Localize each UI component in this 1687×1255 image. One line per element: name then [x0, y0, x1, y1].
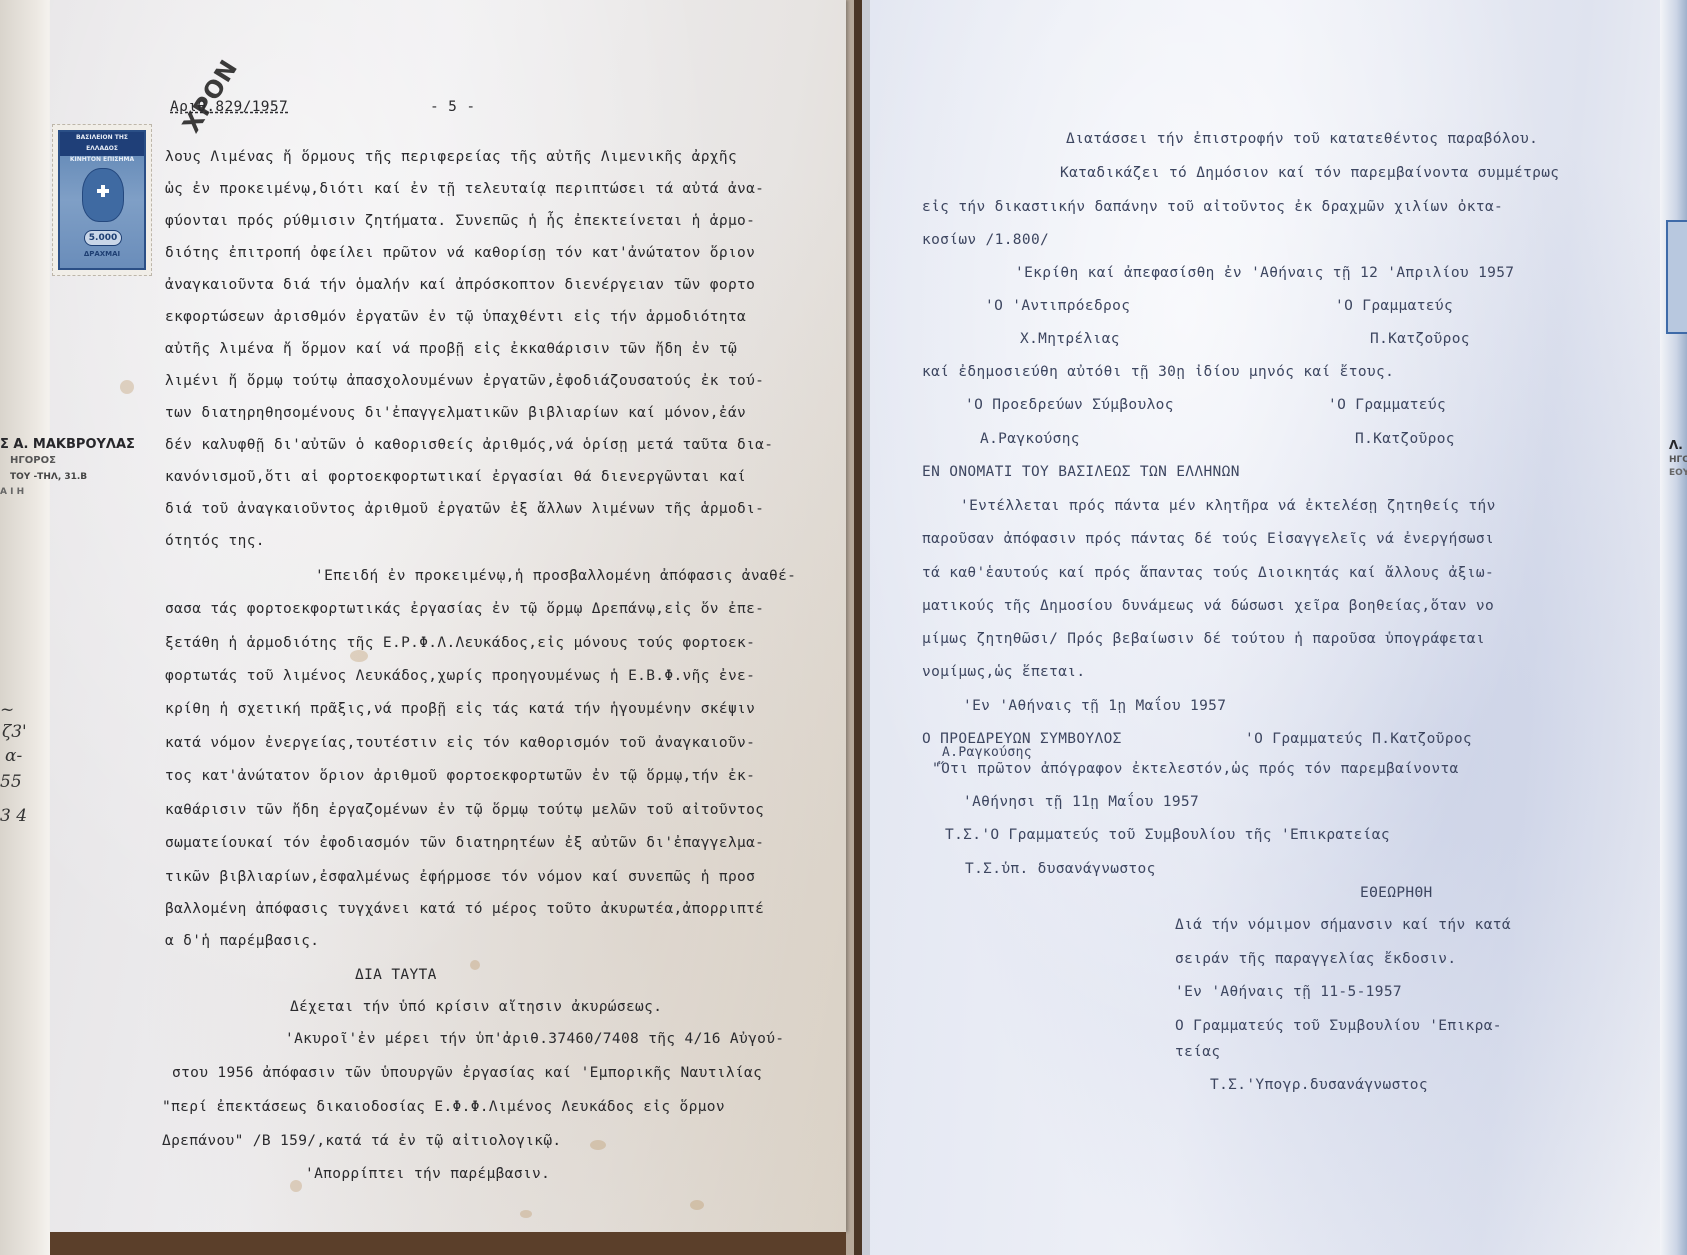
text-line: καί ἐδημοσιεύθη αὐτόθι τῇ 30ῃ ἰδίου μηνό… [922, 363, 1394, 381]
signature-name: Χ.Μητρέλιας [1020, 330, 1120, 348]
date-line: 'Αθήνησι τῇ 11ῃ Μαΐου 1957 [963, 793, 1199, 811]
signature-title: 'Ο Γραμματεύς Π.Κατζοῦρος [1245, 730, 1472, 748]
underlying-page-edge [1660, 0, 1687, 1255]
text-line: "περί ἐπεκτάσεως δικαιοδοσίας Ε.Φ.Φ.Λιμέ… [162, 1098, 725, 1116]
margin-stamp-line: Α Ι Η [0, 487, 24, 497]
text-line: Τ.Σ.ὑπ. δυσανάγνωστος [965, 860, 1156, 878]
revenue-stamp-currency: ΔΡΑΧΜΑΙ [60, 250, 144, 258]
text-line: 'Εκρίθη καί ἀπεφασίσθη ἐν 'Αθήναις τῇ 12… [1015, 264, 1514, 282]
text-line: κοσίων /1.800/ [922, 231, 1049, 249]
text-line: ὡς ἐν προκειμένῳ,διότι καί ἐν τῇ τελευτα… [165, 180, 764, 198]
signature-name: Π.Κατζοῦρος [1370, 330, 1470, 348]
left-document-scan: ΒΑΣΙΛΕΙΟΝ ΤΗΣ ΕΛΛΑΔΟΣ ΚΙΝΗΤΟΝ ΕΠΙΣΗΜΑ 5.… [0, 0, 854, 1255]
text-line: α δ'ἡ παρέμβασις. [165, 932, 319, 950]
cross-icon [97, 185, 109, 197]
handwritten-note: ζ3' [2, 722, 27, 742]
signature-title: 'Ο Προεδρεύων Σύμβουλος [965, 396, 1174, 414]
text-line: καθάρισιν τῶν ἤδη ἐργαζομένων ἐν τῷ ὅρμῳ… [165, 801, 764, 819]
text-line: ματικούς τῆς Δημοσίου δυνάμεως νά δώσωσι… [922, 597, 1494, 615]
edge-stamp-line: ΗΓΟ [1669, 455, 1687, 465]
text-line: σασα τάς φορτοεκφορτωτικάς ἐργασίας ἐν τ… [165, 600, 764, 618]
edge-stamp-line: Λ. Ι [1669, 438, 1687, 452]
reference-number: Αριθ.829/1957 [170, 98, 288, 116]
signature-name: Α.Ραγκούσης [980, 430, 1080, 448]
text-line: κατά νόμον ἐνεργείας,τουτέστιν εἰς τόν κ… [165, 734, 755, 752]
text-line: σειράν τῆς παραγγελίας ἔκδοσιν. [1175, 950, 1456, 968]
text-line: 'Εντέλλεται πρός πάντα μέν κλητῆρα νά ἐκ… [960, 497, 1496, 515]
edge-stamp-line: ΕΟΥ [1669, 468, 1687, 478]
text-line: φορτωτάς τοῦ λιμένος Λευκάδος,χωρίς προη… [165, 667, 755, 685]
margin-stamp-line: ΗΓΟΡΟΣ [10, 455, 56, 466]
text-line: τείας [1175, 1043, 1220, 1061]
handwritten-note: 55 [0, 772, 22, 792]
text-line: Καταδικάζει τό Δημόσιον καί τόν παρεμβαί… [1060, 164, 1559, 182]
page-number: - 5 - [430, 98, 475, 116]
right-document-scan: Διατάσσει τήν ἐπιστροφήν τοῦ κατατεθέντο… [862, 0, 1687, 1255]
margin-stamp-line: Σ Α. ΜΑΚΒΡΟΥΛΑΣ [0, 437, 135, 452]
date-line: 'Εν 'Αθήναις τῇ 1ῃ Μαΐου 1957 [963, 697, 1226, 715]
text-line: 'Απορρίπτει τήν παρέμβασιν. [305, 1165, 550, 1183]
text-line: Τ.Σ.'Ο Γραμματεύς τοῦ Συμβουλίου τῆς 'Επ… [945, 826, 1390, 844]
text-line: κρίθη ἡ σχετική πρᾶξις,νά προβῇ εἰς τάς … [165, 700, 755, 718]
text-line: 'Επειδή ἐν προκειμένῳ,ἡ προσβαλλομένη ἀπ… [315, 567, 796, 585]
text-line: στου 1956 ἀπόφασιν τῶν ὑπουργῶν ἐργασίας… [172, 1064, 762, 1082]
signature-title: 'Ο 'Αντιπρόεδρος [985, 297, 1130, 315]
text-line: τος κατ'ἀνώτατον ὅριον ἀριθμοῦ φορτοεκφο… [165, 767, 755, 785]
partial-revenue-stamp [1666, 220, 1687, 334]
text-line: λους Λιμένας ἤ ὅρμους τῆς περιφερείας τῆ… [165, 148, 737, 166]
text-line: διά τοῦ ἀναγκαιοῦντος ἀριθμοῦ ἐργατῶν ἐξ… [165, 500, 764, 518]
text-line: φύονται πρός ρύθμισιν ζητήματα. Συνεπῶς … [165, 212, 755, 230]
certification-heading: ΕΘΕΩΡΗΘΗ [1360, 884, 1433, 902]
text-line: Δρεπάνου" /Β 159/,κατά τά ἐν τῷ αἰτιολογ… [162, 1132, 562, 1150]
text-line: κανόνισμοῦ,ὅτι αἱ φορτοεκφορτωτικαί ἐργα… [165, 468, 746, 486]
text-line: εἰς τήν δικαστικήν δαπάνην τοῦ αἰτοῦντος… [922, 198, 1503, 216]
text-line: ξετάθη ἡ ἁρμοδιότης τῆς Ε.Ρ.Φ.Λ.Λευκάδος… [165, 634, 755, 652]
revenue-stamp-header-1: ΒΑΣΙΛΕΙΟΝ ΤΗΣ ΕΛΛΑΔΟΣ [60, 132, 144, 154]
stain [520, 1210, 532, 1218]
text-line: Διά τήν νόμιμον σήμανσιν καί τήν κατά [1175, 916, 1511, 934]
handwritten-note: ~ [0, 700, 14, 720]
text-line: Διατάσσει τήν ἐπιστροφήν τοῦ κατατεθέντο… [1066, 130, 1538, 148]
diagonal-ink-stamp: ΧΡΟΝ [177, 54, 243, 137]
stain [590, 1140, 606, 1150]
text-line: παροῦσαν ἀπόφασιν πρός πάντας δέ τούς Εἰ… [922, 530, 1494, 548]
text-line: ότητός της. [165, 532, 265, 550]
text-line: νομίμως,ὡς ἕπεται. [922, 663, 1085, 681]
text-line: Δέχεται τήν ὑπό κρίσιν αἴτησιν ἀκυρώσεως… [290, 998, 662, 1016]
text-line: διότης ἐπιτροπή ὀφείλει πρῶτον νά καθορί… [165, 244, 755, 262]
text-line: "Ὅτι πρῶτον ἀπόγραφον ἐκτελεστόν,ὡς πρός… [932, 760, 1459, 778]
text-line: των διατηρηθησομένους δι'ἐπαγγελματικῶν … [165, 404, 746, 422]
desk-surface [50, 1232, 846, 1255]
handwritten-note: α- [5, 746, 22, 766]
text-line: Ο Γραμματεύς τοῦ Συμβουλίου 'Επικρα- [1175, 1017, 1502, 1035]
date-line: 'Εν 'Αθήναις τῇ 11-5-1957 [1175, 983, 1402, 1001]
margin-stamp-line: ΤΟΥ -ΤΗΛ, 31.Β [10, 472, 87, 482]
coat-of-arms-icon [82, 168, 124, 222]
text-line: εκφορτώσεων ἀρισθμόν ἐργατῶν ἐν τῷ ὑπαχθ… [165, 308, 746, 326]
signature-name: Π.Κατζοῦρος [1355, 430, 1455, 448]
text-line: βαλλομένη ἀπόφασις τυγχάνει κατά τό μέρο… [165, 900, 764, 918]
stain [690, 1200, 704, 1210]
text-line: ἀναγκαιοῦντα διά τήν ὁμαλήν καί ἀπρόσκοπ… [165, 276, 755, 294]
section-heading: ΕΝ ΟΝΟΜΑΤΙ ΤΟΥ ΒΑΣΙΛΕΩΣ ΤΩΝ ΕΛΛΗΝΩΝ [922, 463, 1240, 481]
stain [290, 1180, 302, 1192]
revenue-stamp: ΒΑΣΙΛΕΙΟΝ ΤΗΣ ΕΛΛΑΔΟΣ ΚΙΝΗΤΟΝ ΕΠΙΣΗΜΑ 5.… [52, 124, 152, 276]
signature-title: 'Ο Γραμματεύς [1335, 297, 1453, 315]
text-line: δέν καλυφθῇ δι'αὐτῶν ὁ καθορισθείς ἀριθμ… [165, 436, 773, 454]
handwritten-note: 3 4 [0, 806, 27, 826]
stain [470, 960, 480, 970]
revenue-stamp-header-2: ΚΙΝΗΤΟΝ ΕΠΙΣΗΜΑ [60, 154, 144, 165]
text-line: 'Ακυροῖ'ἐν μέρει τήν ὑπ'ἀριθ.37460/7408 … [285, 1030, 784, 1048]
text-line: μίμως ζητηθῶσι/ Πρός βεβαίωσιν δέ τούτου… [922, 630, 1485, 648]
signature-title: 'Ο Γραμματεύς [1328, 396, 1446, 414]
text-line: σωματείουκαί τόν ἐφοδιασμόν τῶν διατηρητ… [165, 834, 764, 852]
text-line: λιμένι ἤ ὅρμῳ τούτῳ ἀπασχολουμένων ἐργατ… [165, 372, 764, 390]
right-document-page: Διατάσσει τήν ἐπιστροφήν τοῦ κατατεθέντο… [870, 0, 1660, 1255]
text-line: αὐτῆς λιμένα ἤ ὅρμον καί νά προβῇ εἰς ἐκ… [165, 340, 737, 358]
text-line: τά καθ'ἑαυτούς καί πρός ἅπαντας τούς Διο… [922, 564, 1494, 582]
text-line: τικῶν βιβλιαρίων,ἐσφαλμένως ἐφήρμοσε τόν… [165, 868, 755, 886]
revenue-stamp-value: 5.000 [84, 230, 122, 246]
stain [120, 380, 134, 394]
signature-name: Τ.Σ.'Υπογρ.δυσανάγνωστος [1210, 1076, 1428, 1094]
section-heading: ΔΙΑ ΤΑΥΤΑ [355, 966, 437, 984]
left-document-page: ΒΑΣΙΛΕΙΟΝ ΤΗΣ ΕΛΛΑΔΟΣ ΚΙΝΗΤΟΝ ΕΠΙΣΗΜΑ 5.… [50, 0, 846, 1232]
